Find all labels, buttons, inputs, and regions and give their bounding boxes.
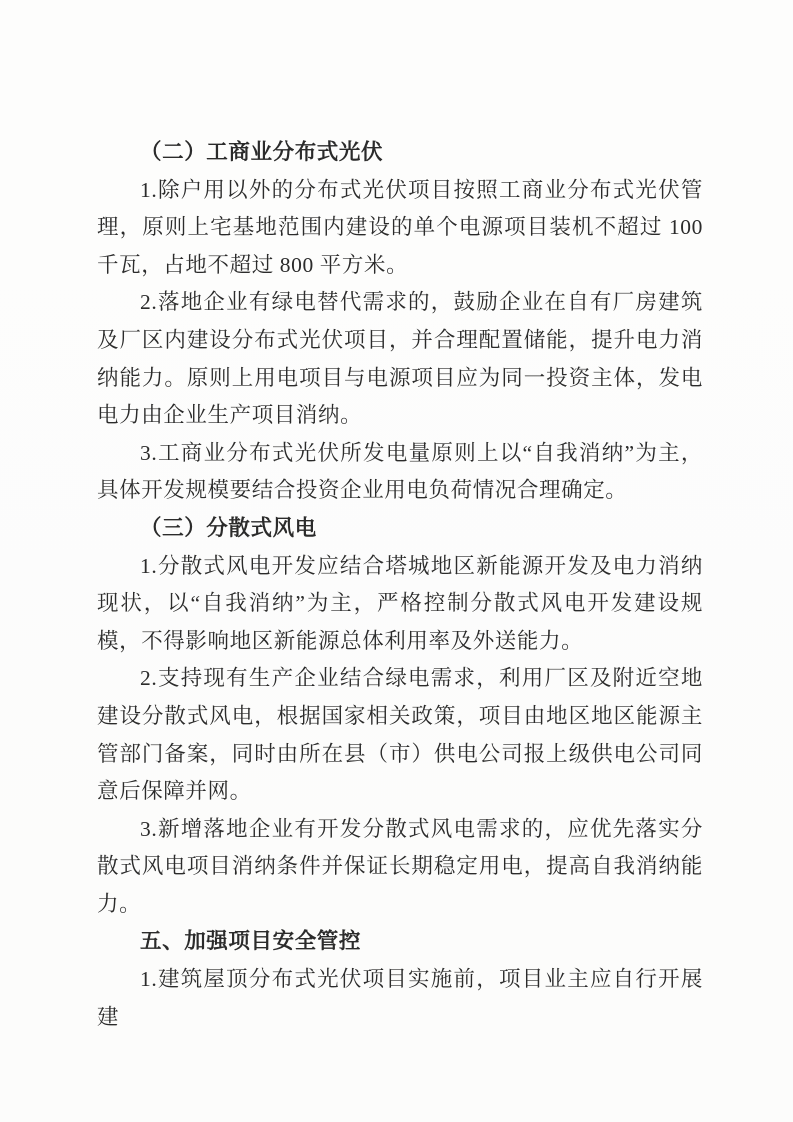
paragraph: 3.新增落地企业有开发分散式风电需求的，应优先落实分散式风电项目消纳条件并保证长… [97,811,703,924]
paragraph: 2.落地企业有绿电替代需求的，鼓励企业在自有厂房建筑及厂区内建设分布式光伏项目，… [97,284,703,434]
scanned-document-page: （二）工商业分布式光伏1.除户用以外的分布式光伏项目按照工商业分布式光伏管理，原… [0,0,793,1122]
paragraph: 1.建筑屋顶分布式光伏项目实施前，项目业主应自行开展建 [97,961,703,1036]
chapter-heading: 五、加强项目安全管控 [97,923,703,961]
section-heading: （二）工商业分布式光伏 [97,134,703,172]
paragraph: 1.除户用以外的分布式光伏项目按照工商业分布式光伏管理，原则上宅基地范围内建设的… [97,172,703,285]
document-body: （二）工商业分布式光伏1.除户用以外的分布式光伏项目按照工商业分布式光伏管理，原… [97,134,703,1036]
paragraph: 3.工商业分布式光伏所发电量原则上以“自我消纳”为主，具体开发规模要结合投资企业… [97,435,703,510]
paragraph: 2.支持现有生产企业结合绿电需求，利用厂区及附近空地建设分散式风电，根据国家相关… [97,660,703,810]
section-heading: （三）分散式风电 [97,510,703,548]
paragraph: 1.分散式风电开发应结合塔城地区新能源开发及电力消纳现状，以“自我消纳”为主，严… [97,548,703,661]
